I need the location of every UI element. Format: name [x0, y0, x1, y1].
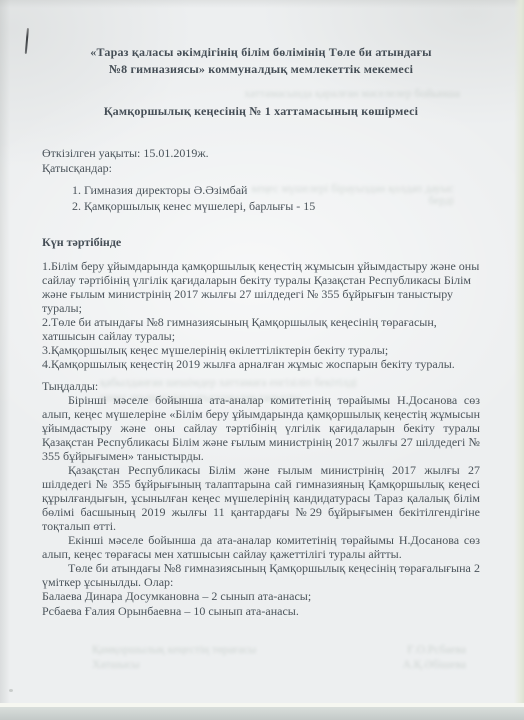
- attendees-label: Қатысқандар:: [42, 161, 480, 176]
- agenda-item: 1.Білім беру ұйымдарында қамқоршылық кең…: [42, 259, 480, 315]
- agenda-item: 3.Қамқоршылық кеңес мүшелерінің өкілетті…: [42, 343, 480, 357]
- document-body: «Тараз қаласы әкімдігінің білім бөліміні…: [0, 0, 524, 720]
- meeting-meta: Өткізілген уақыты: 15.01.2019ж. Қатысқан…: [42, 146, 480, 176]
- organization-name: «Тараз қаласы әкімдігінің білім бөліміні…: [42, 44, 480, 78]
- organization-name-line-2: №8 гимназиясы» коммуналдық мемлекеттік м…: [60, 61, 462, 78]
- heard-paragraph: Төле би атындағы №8 гимназиясының Қамқор…: [42, 561, 480, 589]
- candidate-list: Балаева Динара Досумкановна – 2 сынып ат…: [42, 589, 480, 618]
- heard-paragraph: Екінші мәселе бойынша да ата-аналар коми…: [42, 533, 480, 561]
- heard-paragraph: Бірінші мәселе бойынша ата-аналар комите…: [42, 393, 480, 463]
- organization-name-line-1: «Тараз қаласы әкімдігінің білім бөліміні…: [60, 44, 462, 61]
- attendee-item: 2. Қамқоршылық кенес мүшелері, барлығы -…: [72, 199, 480, 214]
- agenda-heading: Күн тәртібінде: [42, 235, 480, 250]
- candidate-line: Рсбаева Ғалия Орынбаевна – 10 сынып ата-…: [42, 604, 480, 619]
- agenda-item: 2.Төле би атындағы №8 гимназиясының Қамқ…: [42, 315, 480, 343]
- agenda-item: 4.Қамқоршылық кеңестің 2019 жылға арналғ…: [42, 357, 480, 371]
- heard-section: Тыңдалды: Бірінші мәселе бойынша ата-ана…: [42, 379, 480, 618]
- heard-paragraph: Қазақстан Республикасы Білім және ғылым …: [42, 463, 480, 533]
- held-time: Өткізілген уақыты: 15.01.2019ж.: [42, 146, 480, 161]
- document-title: Қамқоршылық кеңесінің № 1 хаттамасының к…: [42, 104, 480, 119]
- attendee-list: 1. Гимназия директоры Ә.Әзімбай 2. Қамқо…: [42, 183, 480, 214]
- candidate-line: Балаева Динара Досумкановна – 2 сынып ат…: [42, 589, 480, 604]
- agenda-list: 1.Білім беру ұйымдарында қамқоршылық кең…: [42, 259, 480, 371]
- heard-heading: Тыңдалды:: [42, 379, 480, 393]
- scanned-document-page: хаттамасында қаралған мәселелер бойынша …: [0, 0, 524, 720]
- attendee-item: 1. Гимназия директоры Ә.Әзімбай: [72, 183, 480, 198]
